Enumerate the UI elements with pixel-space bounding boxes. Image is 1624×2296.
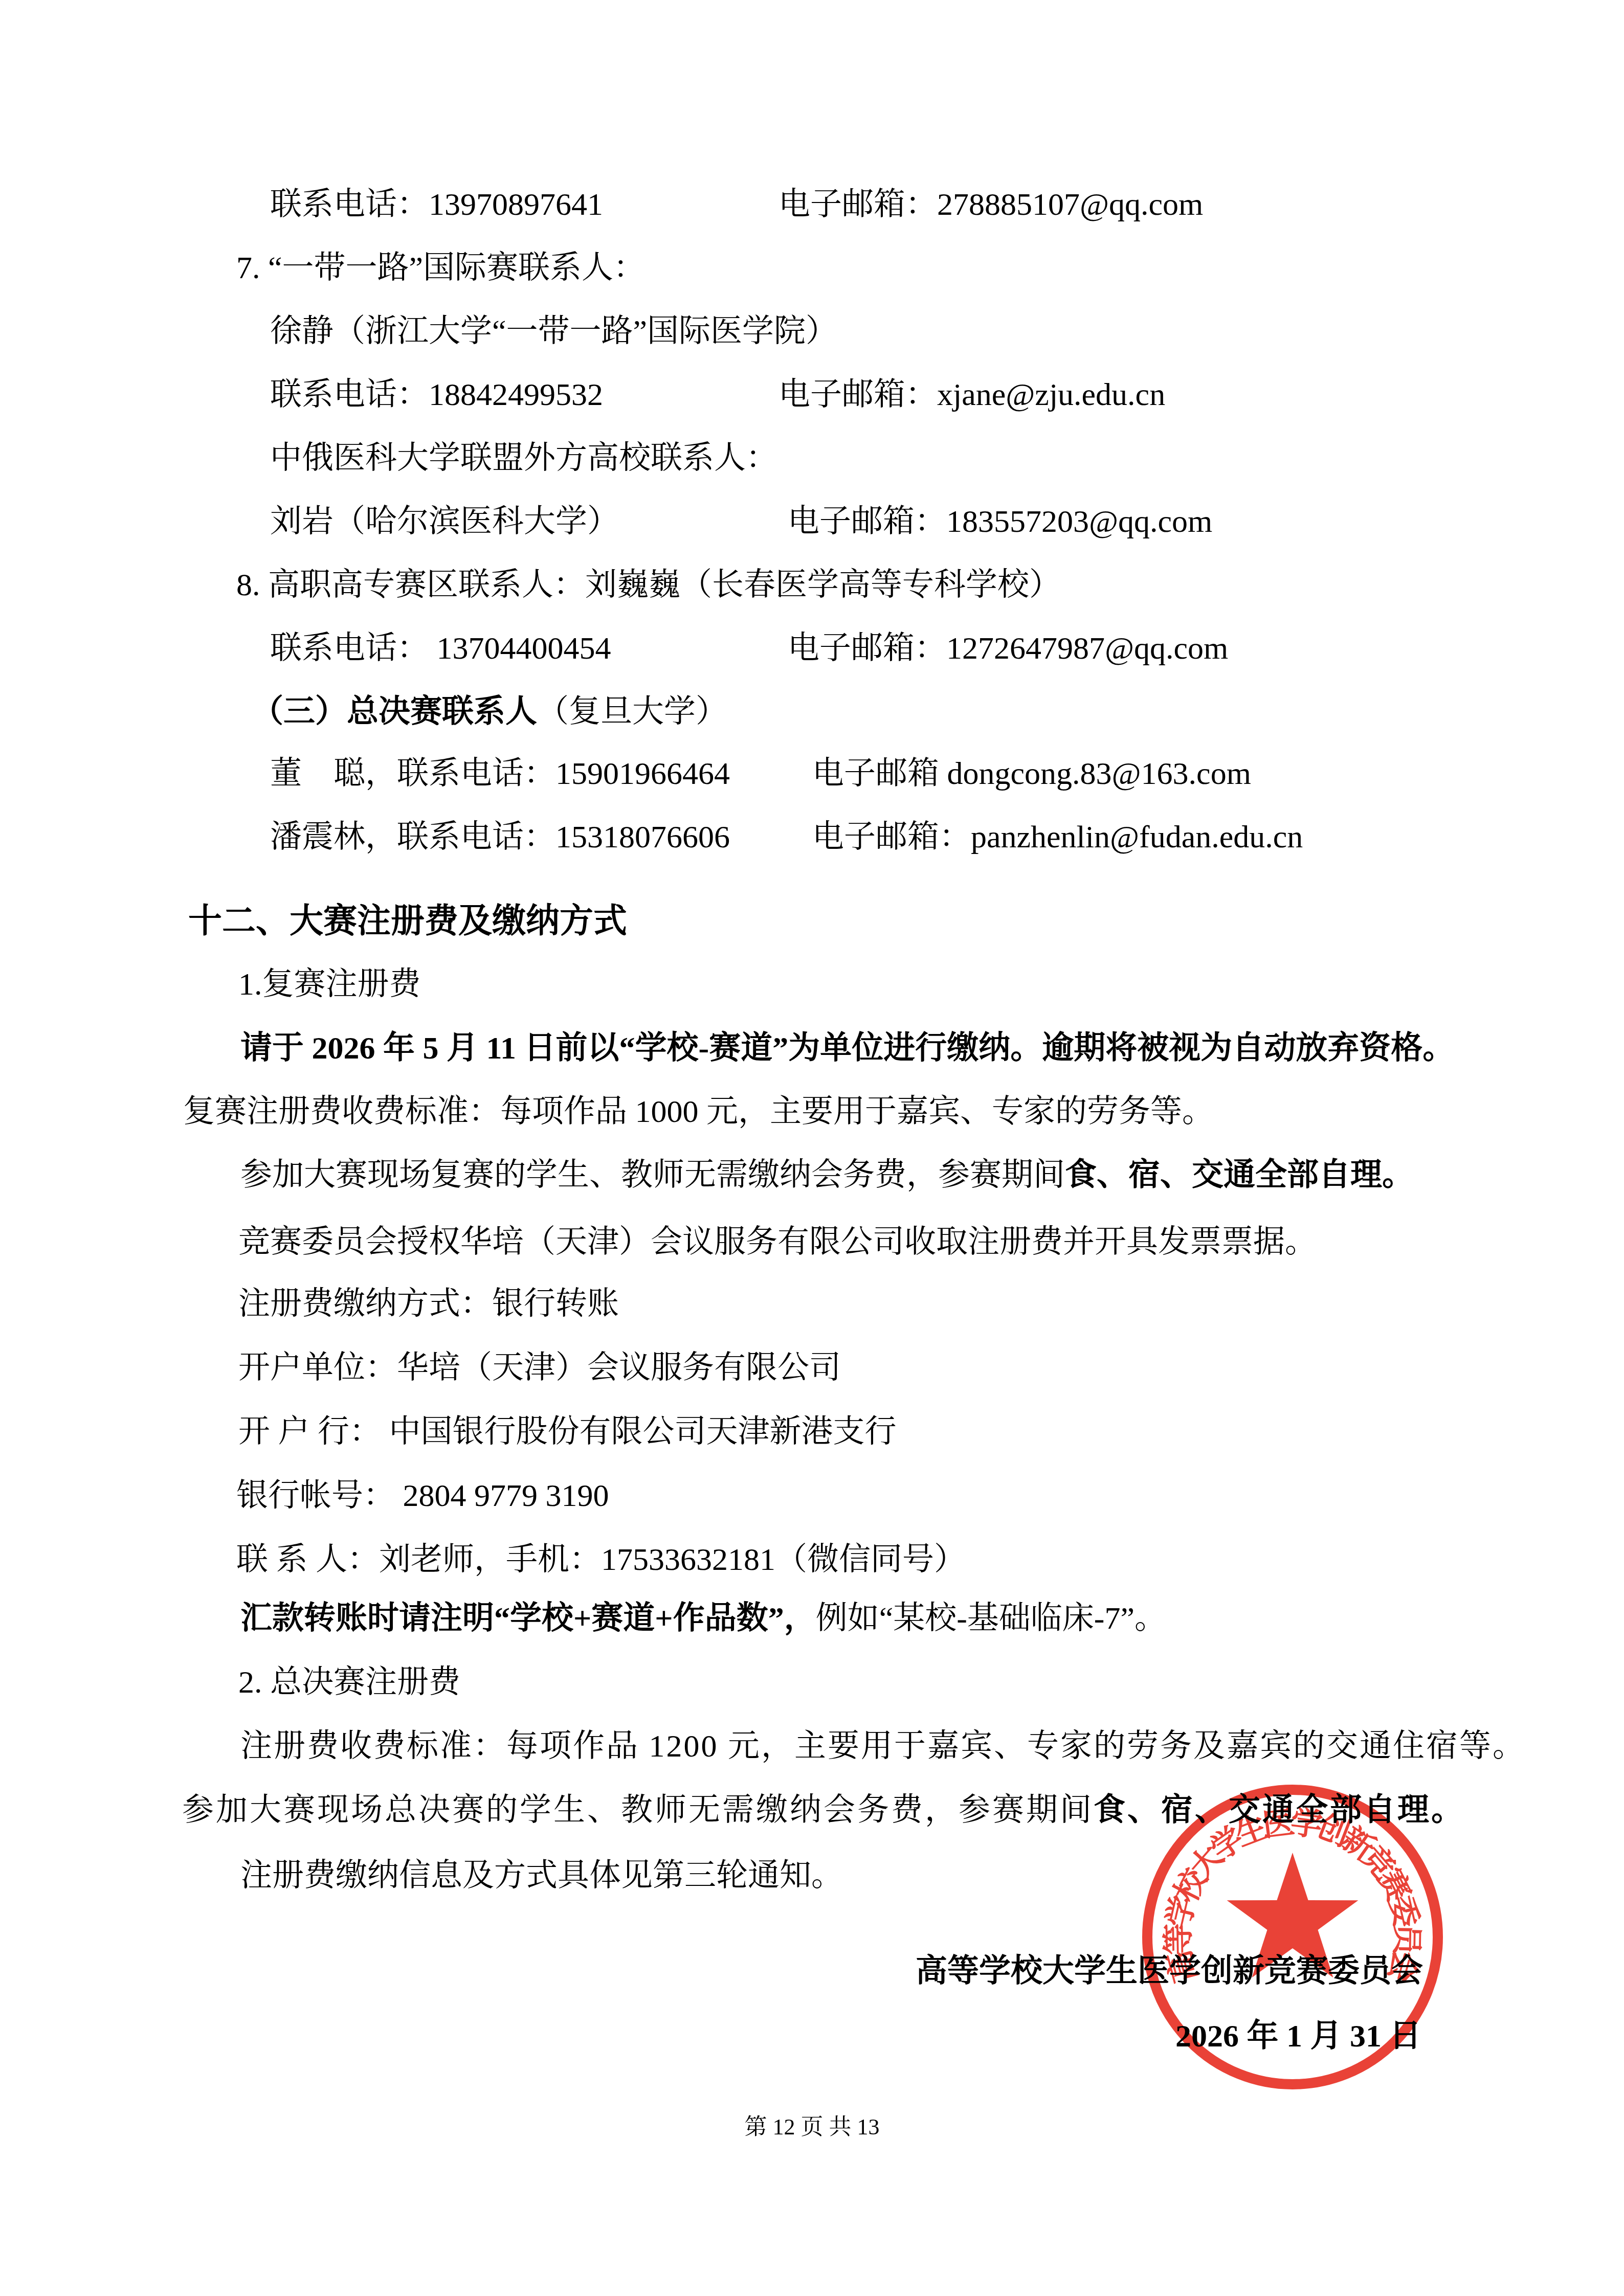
remit-note-text: 汇款转账时请注明“学校+赛道+作品数”，例如“某校-基础临床-7”。: [240, 1587, 1166, 1650]
expense-bold: 食、宿、交通全部自理。: [1094, 1793, 1465, 1828]
remit-tail: 例如“某校-基础临床-7”。: [816, 1601, 1166, 1636]
document-page: 联系电话：13970897641 电子邮箱：278885107@qq.com 7…: [0, 0, 1624, 2296]
third-notice-row: 注册费缴纳信息及方式具体见第三轮通知。: [0, 1844, 1624, 1907]
pay-method-text: 注册费缴纳方式：银行转账: [238, 1272, 619, 1336]
remit-bold: 汇款转账时请注明“学校+赛道+作品数”，: [240, 1601, 816, 1636]
email-text: 电子邮箱 dongcong.83@163.com: [812, 742, 1251, 805]
sino-russia-contact-row: 刘岩（哈尔滨医科大学） 电子邮箱：183557203@qq.com: [0, 490, 1624, 553]
belt-road-title-row: 7. “一带一路”国际赛联系人：: [0, 236, 1624, 300]
vocational-title-row: 8. 高职高专赛区联系人：刘巍巍（长春医学高等专科学校）: [0, 553, 1624, 617]
person-text: 徐静（浙江大学“一带一路”国际医学院）: [270, 300, 837, 363]
invoice-text: 竞赛委员会授权华培（天津）会议服务有限公司收取注册费并开具发票票据。: [238, 1210, 1317, 1274]
email-text: 电子邮箱：panzhenlin@fudan.edu.cn: [812, 805, 1303, 869]
list-item-title: 8. 高职高专赛区联系人：刘巍巍（长春医学高等专科学校）: [236, 553, 1061, 617]
expense-regular: 参加大赛现场总决赛的学生、教师无需缴纳会务费，参赛期间: [182, 1793, 1094, 1828]
email-text: 电子邮箱：1272647987@qq.com: [788, 617, 1228, 680]
pay-method-row: 注册费缴纳方式：银行转账: [0, 1272, 1624, 1336]
expense-bold: 食、宿、交通全部自理。: [1065, 1158, 1414, 1192]
finals-contact1-row: 董 聪，联系电话：15901966464 电子邮箱 dongcong.83@16…: [0, 742, 1624, 805]
remit-note-row: 汇款转账时请注明“学校+赛道+作品数”，例如“某校-基础临床-7”。: [0, 1587, 1624, 1650]
email-text: 电子邮箱：xjane@zju.edu.cn: [778, 363, 1165, 426]
semifinal-expense-text: 参加大赛现场复赛的学生、教师无需缴纳会务费，参赛期间食、宿、交通全部自理。: [240, 1143, 1414, 1207]
invoice-row: 竞赛委员会授权华培（天津）会议服务有限公司收取注册费并开具发票票据。: [0, 1210, 1624, 1274]
section-heading-row: 十二、大赛注册费及缴纳方式: [0, 889, 1624, 952]
fee-standard-text: 复赛注册费收费标准：每项作品 1000 元，主要用于嘉宾、专家的劳务等。: [183, 1080, 1214, 1143]
account-name-text: 开户单位：华培（天津）会议服务有限公司: [238, 1336, 841, 1400]
phone-text: 联系电话：13970897641: [270, 173, 603, 236]
list-item-title: 中俄医科大学联盟外方高校联系人：: [270, 426, 777, 490]
finals-title: （三）总决赛联系人（复旦大学）: [252, 680, 727, 744]
third-notice-text: 注册费缴纳信息及方式具体见第三轮通知。: [240, 1844, 843, 1907]
email-text: 电子邮箱：183557203@qq.com: [788, 490, 1212, 553]
subsection2-row: 2. 总决赛注册费: [0, 1651, 1624, 1714]
person-phone-text: 潘震林，联系电话：15318076606: [270, 805, 730, 869]
finals-title-tail: （复旦大学）: [537, 694, 727, 729]
signature-committee-row: 高等学校大学生医学创新竞赛委员会: [0, 1940, 1624, 2003]
contact-row-general: 联系电话：13970897641 电子邮箱：278885107@qq.com: [0, 173, 1624, 236]
bank-contact-row: 联 系 人：刘老师，手机：17533632181（微信同号）: [0, 1528, 1624, 1591]
section-heading: 十二、大赛注册费及缴纳方式: [188, 889, 627, 952]
person-phone-text: 董 聪，联系电话：15901966464: [270, 742, 730, 805]
vocational-contact-row: 联系电话： 13704400454 电子邮箱：1272647987@qq.com: [0, 617, 1624, 680]
finals-contact2-row: 潘震林，联系电话：15318076606 电子邮箱：panzhenlin@fud…: [0, 805, 1624, 869]
account-name-row: 开户单位：华培（天津）会议服务有限公司: [0, 1336, 1624, 1400]
phone-text: 联系电话： 13704400454: [270, 617, 611, 680]
person-text: 刘岩（哈尔滨医科大学）: [270, 490, 619, 553]
subsection-title: 1.复赛注册费: [238, 953, 421, 1016]
signature-date-row: 2026 年 1 月 31 日: [0, 2005, 1624, 2068]
final-fee-row: 注册费收费标准：每项作品 1200 元，主要用于嘉宾、专家的劳务及嘉宾的交通住宿…: [0, 1715, 1624, 1778]
fee-standard-row: 复赛注册费收费标准：每项作品 1000 元，主要用于嘉宾、专家的劳务等。: [0, 1080, 1624, 1143]
final-expense-row: 参加大赛现场总决赛的学生、教师无需缴纳会务费，参赛期间食、宿、交通全部自理。: [0, 1779, 1624, 1842]
page-footer: 第 12 页 共 13: [0, 2096, 1624, 2159]
final-expense-text: 参加大赛现场总决赛的学生、教师无需缴纳会务费，参赛期间食、宿、交通全部自理。: [182, 1779, 1465, 1842]
semifinal-expense-row: 参加大赛现场复赛的学生、教师无需缴纳会务费，参赛期间食、宿、交通全部自理。: [0, 1143, 1624, 1207]
final-fee-text: 注册费收费标准：每项作品 1200 元，主要用于嘉宾、专家的劳务及嘉宾的交通住宿…: [240, 1715, 1526, 1778]
subsection1-row: 1.复赛注册费: [0, 953, 1624, 1016]
list-item-title: 7. “一带一路”国际赛联系人：: [236, 236, 645, 300]
bank-row: 开 户 行： 中国银行股份有限公司天津新港支行: [0, 1400, 1624, 1464]
expense-regular: 参加大赛现场复赛的学生、教师无需缴纳会务费，参赛期间: [240, 1158, 1065, 1192]
finals-title-row: （三）总决赛联系人（复旦大学）: [0, 680, 1624, 744]
belt-road-contact-row: 联系电话：18842499532 电子邮箱：xjane@zju.edu.cn: [0, 363, 1624, 426]
subsection-title: 2. 总决赛注册费: [238, 1651, 460, 1714]
account-no-row: 银行帐号： 2804 9779 3190: [0, 1464, 1624, 1527]
email-text: 电子邮箱：278885107@qq.com: [778, 173, 1203, 236]
deadline-row: 请于 2026 年 5 月 11 日前以“学校-赛道”为单位进行缴纳。逾期将被视…: [0, 1017, 1624, 1080]
page-number-text: 第 12 页 共 13: [745, 2114, 880, 2140]
deadline-text: 请于 2026 年 5 月 11 日前以“学校-赛道”为单位进行缴纳。逾期将被视…: [240, 1017, 1454, 1080]
phone-text: 联系电话：18842499532: [270, 363, 603, 426]
bank-contact-text: 联 系 人：刘老师，手机：17533632181（微信同号）: [236, 1528, 966, 1591]
committee-name: 高等学校大学生医学创新竞赛委员会: [916, 1940, 1423, 2003]
sino-russia-title-row: 中俄医科大学联盟外方高校联系人：: [0, 426, 1624, 490]
finals-title-bold: （三）总决赛联系人: [252, 694, 537, 729]
signature-date: 2026 年 1 月 31 日: [1175, 2005, 1421, 2068]
belt-road-person-row: 徐静（浙江大学“一带一路”国际医学院）: [0, 300, 1624, 363]
account-no-text: 银行帐号： 2804 9779 3190: [236, 1464, 609, 1527]
bank-text: 开 户 行： 中国银行股份有限公司天津新港支行: [238, 1400, 897, 1464]
